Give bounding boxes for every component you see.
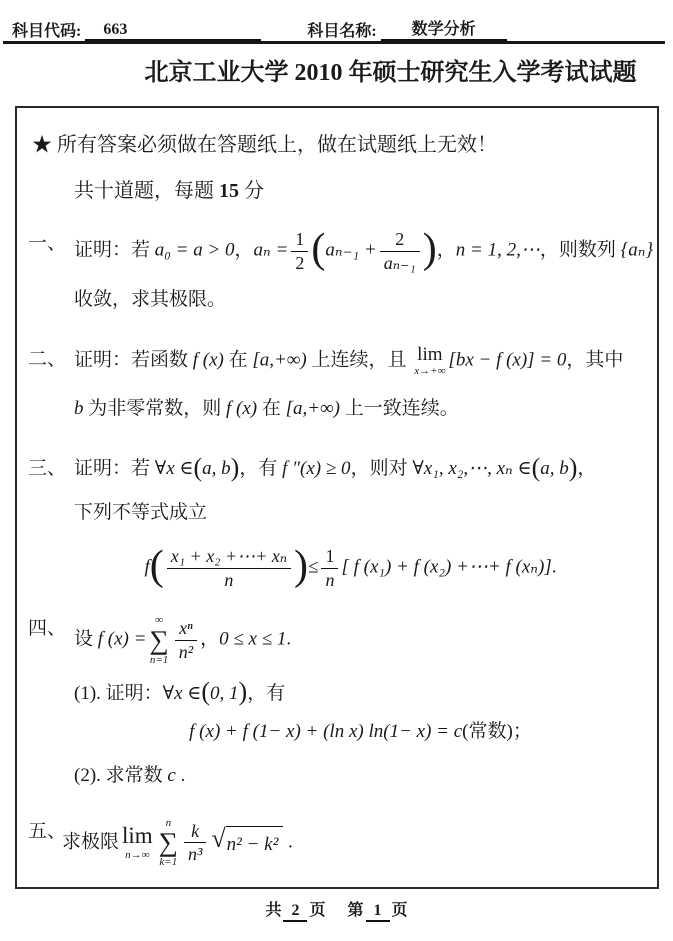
square-root: √n² − k² bbox=[211, 826, 283, 860]
question-line: 证明：若函数 f (x) 在 [a,+∞) 上连续，且 limx→+∞[bx −… bbox=[74, 345, 647, 378]
text: 设 bbox=[74, 629, 98, 650]
text: ， bbox=[200, 629, 219, 650]
current-page: 1 bbox=[366, 902, 390, 922]
text: 证明：若函数 bbox=[74, 350, 193, 371]
math: ≤ bbox=[308, 557, 318, 578]
question-line: 证明：若 a₀ = a > 0，aₙ =12(aₙ₋₁ +2aₙ₋₁)，n = … bbox=[74, 229, 647, 273]
subject-name-field: 数学分析 bbox=[381, 21, 507, 41]
right-paren: ) bbox=[294, 543, 308, 589]
subject-code-field: 663 bbox=[85, 21, 261, 41]
text: ，则数列 bbox=[540, 240, 621, 261]
question-number: 二、 bbox=[28, 345, 74, 424]
numerator: xⁿ bbox=[175, 618, 197, 641]
text: . bbox=[286, 629, 291, 650]
text: (常数)； bbox=[462, 721, 532, 742]
text: 收敛，求其极限。 bbox=[74, 289, 226, 310]
question-number: 一、 bbox=[28, 229, 74, 315]
text: . bbox=[176, 765, 186, 786]
text: 分 bbox=[239, 180, 264, 202]
formula-line: f (x) + f (1− x) + (ln x) ln(1− x) = c(常… bbox=[74, 717, 647, 747]
text: 下列不等式成立 bbox=[74, 502, 207, 523]
denominator: n² bbox=[175, 641, 197, 663]
fraction: 1n bbox=[321, 546, 338, 590]
text: 为非零常数，则 bbox=[84, 398, 227, 419]
text: 共十道题，每题 bbox=[74, 180, 219, 202]
numerator: x₁ + x₂ +⋯+ xₙ bbox=[167, 546, 291, 569]
formula-line: f(x₁ + x₂ +⋯+ xₙn)≤1n[ f (x₁) + f (x₂) +… bbox=[54, 546, 647, 590]
notice-text: 所有答案必须做在答题纸上，做在试题纸上无效！ bbox=[52, 134, 497, 156]
math: [a,+∞) bbox=[252, 350, 306, 371]
text: (1). 证明： bbox=[74, 683, 163, 704]
text: 上连续，且 bbox=[307, 350, 412, 371]
left-paren: ( bbox=[311, 226, 325, 272]
text: 上一致连续。 bbox=[340, 398, 459, 419]
lim-symbol: lim bbox=[122, 824, 153, 848]
right-paren: ) bbox=[239, 677, 248, 706]
question-line: 收敛，求其极限。 bbox=[74, 285, 647, 315]
subject-code-value: 663 bbox=[103, 21, 127, 38]
math: f (x) = bbox=[98, 629, 147, 650]
question-body: 证明：若 a₀ = a > 0，aₙ =12(aₙ₋₁ +2aₙ₋₁)，n = … bbox=[74, 229, 647, 315]
question-body: 求极限limn→∞n∑k=1kn³√n² − k² . bbox=[62, 817, 647, 869]
text: ，有 bbox=[239, 458, 282, 479]
math: f (x) bbox=[193, 350, 224, 371]
math: f (x) + f (1− x) + (ln x) ln(1− x) = c bbox=[189, 721, 462, 742]
math: ∀x₁, x₂,⋯, xₙ ∈ bbox=[412, 458, 531, 479]
question-body: 设 f (x) =∞∑n=1xⁿn²，0 ≤ x ≤ 1. (1). 证明：∀x… bbox=[74, 614, 647, 790]
text: 页 bbox=[392, 902, 408, 919]
question-line: 求极限limn→∞n∑k=1kn³√n² − k² . bbox=[62, 817, 647, 869]
header-divider bbox=[3, 41, 665, 44]
left-paren: ( bbox=[201, 677, 210, 706]
lim-subscript: x→+∞ bbox=[414, 365, 445, 378]
math: 0, 1 bbox=[210, 683, 239, 704]
subject-code-label: 科目代码: bbox=[12, 23, 81, 40]
points-value: 15 bbox=[219, 180, 239, 202]
page-footer: 共2页 第1页 bbox=[0, 897, 673, 922]
sum-lower: k=1 bbox=[159, 856, 177, 869]
math: b bbox=[74, 398, 84, 419]
radicand: n² − k² bbox=[226, 826, 284, 860]
math: c bbox=[167, 765, 175, 786]
math: 0 ≤ x ≤ 1 bbox=[219, 629, 286, 650]
math: [a,+∞) bbox=[286, 398, 340, 419]
math: aₙ = bbox=[254, 240, 289, 261]
question-body: 证明：若函数 f (x) 在 [a,+∞) 上连续，且 limx→+∞[bx −… bbox=[74, 345, 647, 424]
question-5: 五、 求极限limn→∞n∑k=1kn³√n² − k² . bbox=[28, 817, 647, 869]
numerator: 1 bbox=[291, 229, 308, 252]
text: ，则对 bbox=[351, 458, 413, 479]
text: ，有 bbox=[247, 683, 285, 704]
subject-name-value: 数学分析 bbox=[412, 21, 476, 38]
exam-page: 科目代码: 663 科目名称: 数学分析 北京工业大学 2010 年硕士研究生入… bbox=[0, 0, 673, 941]
text: 在 bbox=[224, 350, 253, 371]
math: n = 1, 2,⋯ bbox=[456, 240, 540, 261]
left-paren: ( bbox=[150, 543, 164, 589]
limit: limn→∞ bbox=[122, 824, 153, 861]
exam-structure-line: 共十道题，每题 15 分 bbox=[74, 174, 647, 203]
text: 求极限 bbox=[62, 831, 119, 852]
denominator: n bbox=[321, 569, 338, 591]
math: ∀x ∈ bbox=[155, 458, 194, 479]
text: ， bbox=[577, 458, 596, 479]
denominator: n³ bbox=[184, 843, 206, 865]
math: [bx − f (x)] = 0 bbox=[448, 350, 566, 371]
question-body: 证明：若 ∀x ∈(a, b)，有 f ″(x) ≥ 0，则对 ∀x₁, x₂,… bbox=[74, 454, 647, 590]
math: a, b bbox=[540, 458, 569, 479]
lim-symbol: lim bbox=[417, 345, 442, 365]
question-line: 证明：若 ∀x ∈(a, b)，有 f ″(x) ≥ 0，则对 ∀x₁, x₂,… bbox=[74, 454, 647, 484]
fraction: x₁ + x₂ +⋯+ xₙn bbox=[167, 546, 291, 590]
text: 第 bbox=[348, 902, 364, 919]
denominator: n bbox=[167, 569, 291, 591]
lim-subscript: n→∞ bbox=[125, 849, 149, 862]
math: aₙ₋₁ + bbox=[325, 240, 376, 261]
denominator: aₙ₋₁ bbox=[380, 252, 420, 274]
fraction: 12 bbox=[291, 229, 308, 273]
text: 在 bbox=[257, 398, 286, 419]
question-line: 下列不等式成立 bbox=[74, 498, 647, 528]
subject-name-label: 科目名称: bbox=[307, 23, 376, 40]
fraction: xⁿn² bbox=[175, 618, 197, 662]
text: (2). 求常数 bbox=[74, 765, 167, 786]
denominator: 2 bbox=[291, 252, 308, 274]
header: 科目代码: 663 科目名称: 数学分析 bbox=[12, 18, 667, 41]
math: ∀x ∈ bbox=[163, 683, 202, 704]
math: {aₙ} bbox=[621, 240, 653, 261]
limit: limx→+∞ bbox=[414, 345, 445, 378]
numerator: 1 bbox=[321, 546, 338, 569]
fraction: 2aₙ₋₁ bbox=[380, 229, 420, 273]
text: 证明：若 bbox=[74, 240, 155, 261]
notice-line: ★ 所有答案必须做在答题纸上，做在试题纸上无效！ bbox=[32, 128, 647, 157]
text: 证明：若 bbox=[74, 458, 155, 479]
left-paren: ( bbox=[532, 453, 541, 482]
summation: n∑k=1 bbox=[159, 817, 178, 869]
question-1: 一、 证明：若 a₀ = a > 0，aₙ =12(aₙ₋₁ +2aₙ₋₁)，n… bbox=[28, 229, 647, 315]
sigma-symbol: ∑ bbox=[149, 627, 168, 654]
question-line: b 为非零常数，则 f (x) 在 [a,+∞) 上一致连续。 bbox=[74, 394, 647, 424]
math: a, b bbox=[202, 458, 231, 479]
question-2: 二、 证明：若函数 f (x) 在 [a,+∞) 上连续，且 limx→+∞[b… bbox=[28, 345, 647, 424]
star-icon: ★ bbox=[32, 134, 52, 156]
question-number: 四、 bbox=[28, 614, 74, 790]
math: a₀ = a > 0 bbox=[155, 240, 235, 261]
right-paren: ) bbox=[231, 453, 240, 482]
left-paren: ( bbox=[193, 453, 202, 482]
radical-symbol: √ bbox=[211, 826, 225, 852]
exam-title: 北京工业大学 2010 年硕士研究生入学考试试题 bbox=[0, 52, 673, 87]
question-4: 四、 设 f (x) =∞∑n=1xⁿn²，0 ≤ x ≤ 1. (1). 证明… bbox=[28, 614, 647, 790]
numerator: k bbox=[184, 821, 206, 844]
sigma-symbol: ∑ bbox=[159, 829, 178, 856]
math: f (x) bbox=[226, 398, 257, 419]
numerator: 2 bbox=[380, 229, 420, 252]
subquestion-2-line: (2). 求常数 c . bbox=[74, 761, 647, 791]
text: ，其中 bbox=[566, 350, 623, 371]
sum-lower: n=1 bbox=[150, 654, 168, 667]
text: ， bbox=[235, 240, 254, 261]
fraction: kn³ bbox=[184, 821, 206, 865]
total-pages: 2 bbox=[283, 902, 307, 922]
question-box: ★ 所有答案必须做在答题纸上，做在试题纸上无效！ 共十道题，每题 15 分 一、… bbox=[15, 106, 659, 889]
subquestion-1-line: (1). 证明：∀x ∈(0, 1)，有 bbox=[74, 679, 647, 709]
text: 共 bbox=[265, 902, 281, 919]
math: f ″(x) ≥ 0 bbox=[282, 458, 350, 479]
math: f bbox=[145, 557, 150, 578]
question-3: 三、 证明：若 ∀x ∈(a, b)，有 f ″(x) ≥ 0，则对 ∀x₁, … bbox=[28, 454, 647, 590]
text: . bbox=[283, 831, 293, 852]
text: . bbox=[552, 557, 557, 578]
math: [ f (x₁) + f (x₂) +⋯+ f (xₙ)] bbox=[341, 557, 551, 578]
text: ， bbox=[437, 240, 456, 261]
right-paren: ) bbox=[423, 226, 437, 272]
question-line: 设 f (x) =∞∑n=1xⁿn²，0 ≤ x ≤ 1. bbox=[74, 614, 647, 666]
summation: ∞∑n=1 bbox=[149, 614, 168, 666]
text: 页 bbox=[309, 902, 325, 919]
right-paren: ) bbox=[569, 453, 578, 482]
